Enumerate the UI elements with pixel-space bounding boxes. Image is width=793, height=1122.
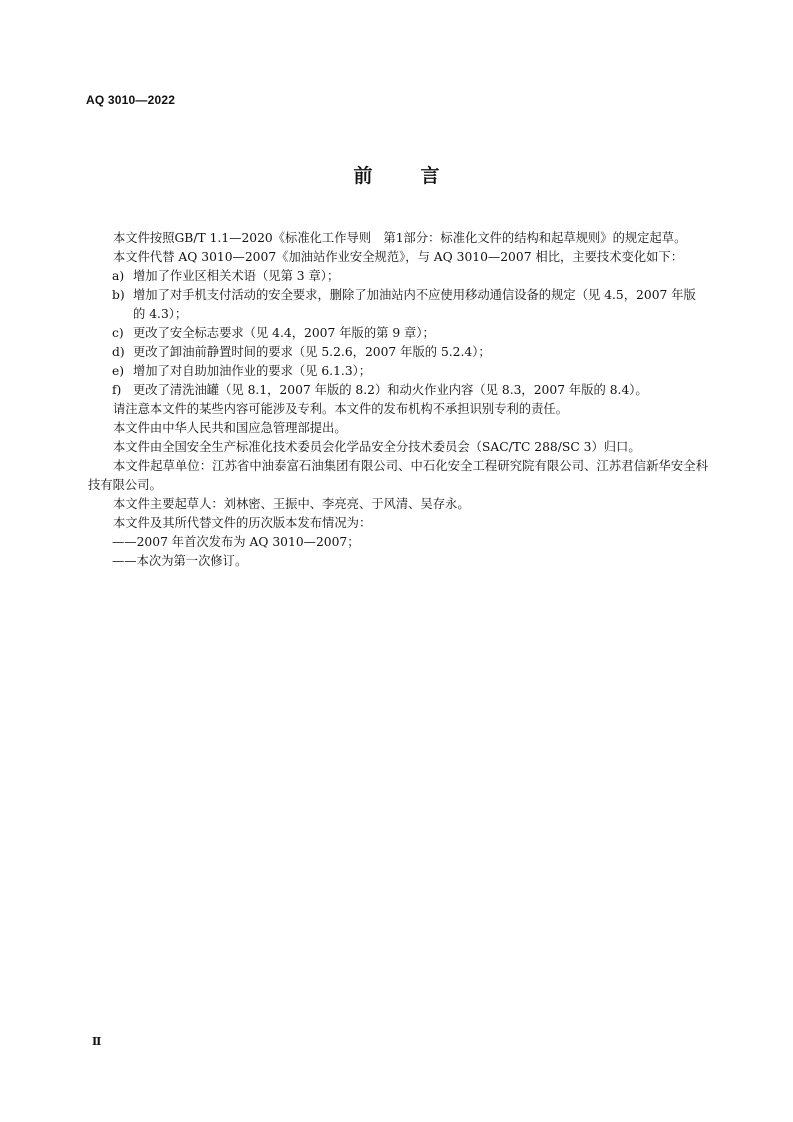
list-text: 增加了作业区相关术语（见第 3 章）； [133, 269, 339, 283]
paragraph-replacement: 本文件代替 AQ 3010—2007《加油站作业安全规范》，与 AQ 3010—… [88, 248, 708, 267]
paragraph-committee: 本文件由全国安全生产标准化技术委员会化学品安全分技术委员会（SAC/TC 288… [88, 438, 708, 457]
standard-code: AQ 3010—2022 [86, 93, 175, 107]
list-text: 更改了安全标志要求（见 4.4，2007 年版的第 9 章）； [133, 326, 435, 340]
list-label: d) [112, 343, 125, 362]
changes-list: a)增加了作业区相关术语（见第 3 章）； b)增加了对手机支付活动的安全要求，… [88, 267, 708, 400]
paragraph-patent-notice: 请注意本文件的某些内容可能涉及专利。本文件的发布机构不承担识别专利的责任。 [88, 400, 708, 419]
paragraph-drafters: 本文件主要起草人：刘林密、王振中、李亮亮、于风清、吴存永。 [88, 495, 708, 514]
list-item: c)更改了安全标志要求（见 4.4，2007 年版的第 9 章）； [88, 324, 708, 343]
list-item: f)更改了清洗油罐（见 8.1，2007 年版的 8.2）和动火作业内容（见 8… [88, 381, 708, 400]
list-label: f) [112, 381, 121, 400]
list-item: e)增加了对自助加油作业的要求（见 6.1.3）； [88, 362, 708, 381]
list-label: c) [112, 324, 124, 343]
title-char-1: 前 [353, 161, 372, 188]
list-label: a) [112, 267, 124, 286]
list-text: 增加了对手机支付活动的安全要求，删除了加油站内不应使用移动通信设备的规定（见 4… [133, 288, 696, 321]
foreword-body: 本文件按照GB/T 1.1—2020《标准化工作导则 第1部分：标准化文件的结构… [88, 229, 708, 571]
paragraph-drafting-units: 本文件起草单位：江苏省中油泰富石油集团有限公司、中石化安全工程研究院有限公司、江… [88, 457, 708, 495]
list-text: 更改了清洗油罐（见 8.1，2007 年版的 8.2）和动火作业内容（见 8.3… [133, 383, 648, 397]
history-item: ——2007 年首次发布为 AQ 3010—2007； [88, 533, 708, 552]
list-text: 增加了对自助加油作业的要求（见 6.1.3）； [133, 364, 371, 378]
list-item: b)增加了对手机支付活动的安全要求，删除了加油站内不应使用移动通信设备的规定（见… [88, 286, 708, 324]
list-item: d)更改了卸油前静置时间的要求（见 5.2.6，2007 年版的 5.2.4）； [88, 343, 708, 362]
paragraph-drafting-basis: 本文件按照GB/T 1.1—2020《标准化工作导则 第1部分：标准化文件的结构… [88, 229, 708, 248]
paragraph-history-intro: 本文件及其所代替文件的历次版本发布情况为： [88, 514, 708, 533]
history-item: ——本次为第一次修订。 [88, 552, 708, 571]
list-item: a)增加了作业区相关术语（见第 3 章）； [88, 267, 708, 286]
list-label: b) [112, 286, 125, 305]
list-label: e) [112, 362, 124, 381]
page-number: Ⅱ [92, 1035, 101, 1048]
title-char-2: 言 [421, 161, 440, 188]
page-title: 前言 [0, 161, 793, 188]
list-text: 更改了卸油前静置时间的要求（见 5.2.6，2007 年版的 5.2.4）； [133, 345, 491, 359]
paragraph-proposer: 本文件由中华人民共和国应急管理部提出。 [88, 419, 708, 438]
